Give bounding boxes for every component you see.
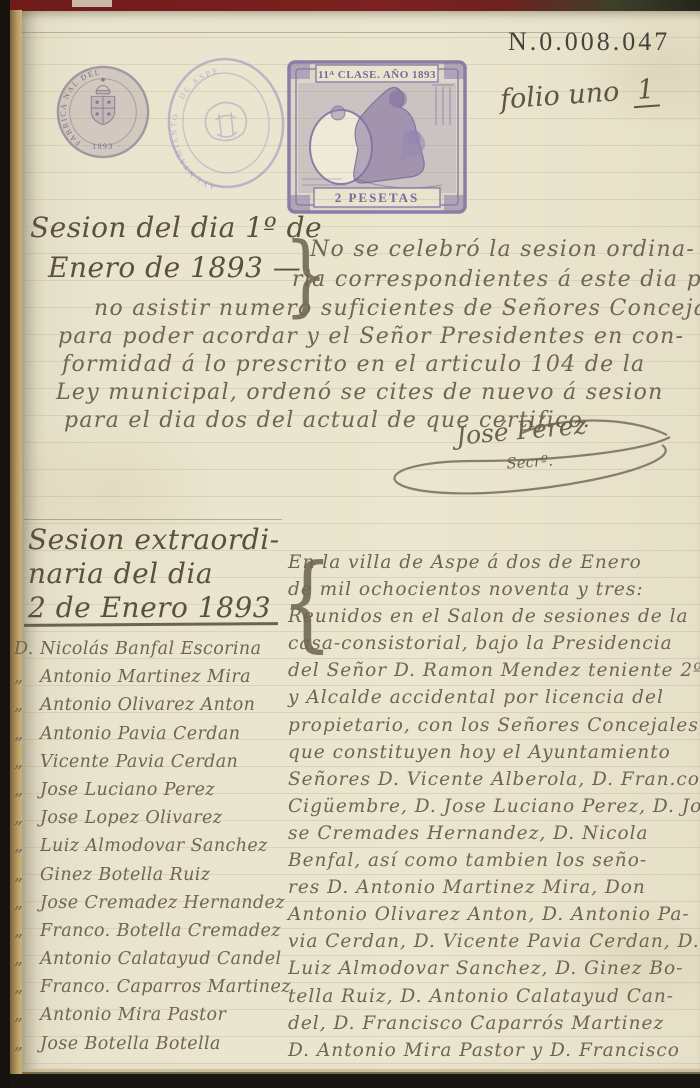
session1-body-line: formidad á lo prescrito en el articulo 1… xyxy=(62,352,645,377)
session1-body-line: no asistir numero suficientes de Señores… xyxy=(94,296,700,321)
attendee-row: „Antonio Olivarez Anton xyxy=(14,691,286,719)
attendee-row: „Jose Lopez Olivarez xyxy=(14,804,286,832)
session2-body-line: Antonio Olivarez Anton, D. Antonio Pa- xyxy=(288,901,698,928)
session2-body-line: tella Ruiz, D. Antonio Calatayud Can- xyxy=(288,983,698,1010)
session2-body-line: Benfal, así como tambien los seño- xyxy=(288,847,698,874)
session2-body-line: res D. Antonio Martinez Mira, Don xyxy=(288,874,698,901)
attendee-prefix: „ xyxy=(14,1001,40,1029)
session2-body-line: via Cerdan, D. Vicente Pavia Cerdan, D. xyxy=(288,928,698,955)
attendee-name-list: D.Nicolás Banfal Escorina „Antonio Marti… xyxy=(14,635,286,1058)
attendee-prefix: „ xyxy=(14,973,40,1001)
attendee-prefix: „ xyxy=(14,889,40,917)
session2-body-line: y Alcalde accidental por licencia del xyxy=(288,684,698,711)
revenue-value-text: 2 PESETAS xyxy=(335,190,420,205)
folio-number: 1 xyxy=(632,74,659,109)
session1-body-line: para poder acordar y el Señor Presidente… xyxy=(58,324,684,349)
session2-body-line: Luiz Almodovar Sanchez, D. Ginez Bo- xyxy=(288,955,698,982)
session2-body-line: propietario, con los Señores Concejales xyxy=(288,712,698,739)
session2-body-line: del, D. Francisco Caparrós Martinez xyxy=(288,1010,698,1037)
manuscript-paper: N.0.008.047 folio uno1 FABRICA NAL DEL T… xyxy=(22,11,700,1072)
secretary-signature: José Pérez Secrº. xyxy=(362,409,692,505)
attendee-name: Jose Lopez Olivarez xyxy=(40,808,222,828)
attendee-name: Vicente Pavia Cerdan xyxy=(40,752,238,772)
revenue-stamp-2-pesetas: 11ᴬ CLASE. AÑO 1893 2 PESETAS xyxy=(286,59,468,215)
attendee-name: Jose Botella Botella xyxy=(40,1034,221,1054)
session2-body-line: D. Antonio Mira Pastor y D. Francisco xyxy=(288,1037,698,1064)
attendee-row: „Jose Luciano Perez xyxy=(14,776,286,804)
session2-body-paragraph: En la villa de Aspe á dos de Enero de mi… xyxy=(288,549,698,1064)
folio-label: folio uno xyxy=(499,76,620,115)
session2-heading-line3: 2 de Enero 1893 xyxy=(28,591,271,624)
session2-heading-line2: naria del dia xyxy=(28,557,213,590)
seal-year: · 1893 · xyxy=(85,142,122,151)
attendee-name: Franco. Caparros Martinez xyxy=(40,977,291,997)
session2-body-line: que constituyen hoy el Ayuntamiento xyxy=(288,739,698,766)
binding-gutter xyxy=(0,0,10,1088)
attendee-prefix: „ xyxy=(14,691,40,719)
heading-rule-bottom xyxy=(24,622,278,627)
attendee-row: „Luiz Almodovar Sanchez xyxy=(14,832,286,860)
bottom-shadow xyxy=(10,1074,700,1088)
attendee-row: „Franco. Botella Cremadez xyxy=(14,917,286,945)
attendee-name: Antonio Olivarez Anton xyxy=(40,695,255,715)
sheet-edge-line xyxy=(22,32,582,33)
attendee-row: D.Nicolás Banfal Escorina xyxy=(14,635,286,663)
attendee-row: „Franco. Caparros Martinez xyxy=(14,973,286,1001)
session2-body-line: se Cremades Hernandez, D. Nicola xyxy=(288,820,698,847)
attendee-prefix: „ xyxy=(14,776,40,804)
attendee-row: „Vicente Pavia Cerdan xyxy=(14,748,286,776)
signature-title: Secrº. xyxy=(506,451,554,472)
attendee-name: Antonio Martinez Mira xyxy=(40,667,251,687)
attendee-name: Luiz Almodovar Sanchez xyxy=(40,836,268,856)
heading-rule-top xyxy=(24,519,282,520)
attendee-prefix: „ xyxy=(14,945,40,973)
attendee-name: Jose Luciano Perez xyxy=(40,780,215,800)
attendee-row: „Antonio Pavia Cerdan xyxy=(14,720,286,748)
attendee-row: „Ginez Botella Ruiz xyxy=(14,861,286,889)
session2-body-line: En la villa de Aspe á dos de Enero xyxy=(288,549,698,576)
attendee-row: „Antonio Mira Pastor xyxy=(14,1001,286,1029)
attendee-prefix: „ xyxy=(14,804,40,832)
attendee-name: Jose Cremadez Hernandez xyxy=(40,893,285,913)
session1-heading-line1: Sesion del dia 1º de xyxy=(30,211,322,244)
session2-heading-line1: Sesion extraordi- xyxy=(28,523,280,556)
scanned-minute-book-page: N.0.008.047 folio uno1 FABRICA NAL DEL T… xyxy=(0,0,700,1088)
attendee-row: „Jose Cremadez Hernandez xyxy=(14,889,286,917)
attendee-prefix: D. xyxy=(14,635,40,663)
folio-annotation: folio uno1 xyxy=(499,74,659,118)
paper-sliver xyxy=(72,0,112,7)
session2-body-line: Reunidos en el Salon de sesiones de la xyxy=(288,603,698,630)
coat-of-arms-shield-icon xyxy=(91,96,115,124)
attendee-row: „Antonio Martinez Mira xyxy=(14,663,286,691)
attendee-prefix: „ xyxy=(14,663,40,691)
attendee-name: Ginez Botella Ruiz xyxy=(40,865,210,885)
attendee-prefix: „ xyxy=(14,861,40,889)
attendee-name: Antonio Calatayud Candel xyxy=(40,949,282,969)
attendee-name: Franco. Botella Cremadez xyxy=(40,921,281,941)
embossed-fiscal-seal: FABRICA NAL DEL TIMBRE · 1893 · xyxy=(54,63,152,161)
attendee-name: Antonio Mira Pastor xyxy=(40,1005,226,1025)
allegorical-figure xyxy=(298,83,456,193)
session2-body-line: Señores D. Vicente Alberola, D. Fran.co xyxy=(288,766,698,793)
session2-body-line: de mil ochocientos noventa y tres: xyxy=(288,576,698,603)
session1-body-line: ria correspondientes á este dia por xyxy=(292,267,700,292)
attendee-prefix: „ xyxy=(14,832,40,860)
attendee-prefix: „ xyxy=(14,917,40,945)
signature-name: José Pérez xyxy=(450,410,589,451)
session2-body-line: Cigüembre, D. Jose Luciano Perez, D. Jo- xyxy=(288,793,698,820)
attendee-name: Antonio Pavia Cerdan xyxy=(40,724,240,744)
attendee-name: Nicolás Banfal Escorina xyxy=(40,639,261,659)
attendee-row: „Antonio Calatayud Candel xyxy=(14,945,286,973)
municipal-ink-stamp: AYUNTAMIENTO · DE ASPE · xyxy=(155,47,297,200)
attendee-prefix: „ xyxy=(14,1030,40,1058)
attendee-prefix: „ xyxy=(14,748,40,776)
attendee-prefix: „ xyxy=(14,720,40,748)
session1-body-line: Ley municipal, ordenó se cites de nuevo … xyxy=(56,380,664,405)
revenue-class-text: 11ᴬ CLASE. AÑO 1893 xyxy=(318,69,436,81)
session2-body-line: casa-consistorial, bajo la Presidencia xyxy=(288,630,698,657)
serial-number: N.0.008.047 xyxy=(508,27,670,57)
attendee-row: „Jose Botella Botella xyxy=(14,1030,286,1058)
ink-stamp-emblem xyxy=(203,100,248,142)
session1-heading-line2: Enero de 1893 — xyxy=(48,251,301,284)
session1-body-line: No se celebró la sesion ordina- xyxy=(310,237,695,262)
session2-body-line: del Señor D. Ramon Mendez teniente 2º xyxy=(288,657,698,684)
